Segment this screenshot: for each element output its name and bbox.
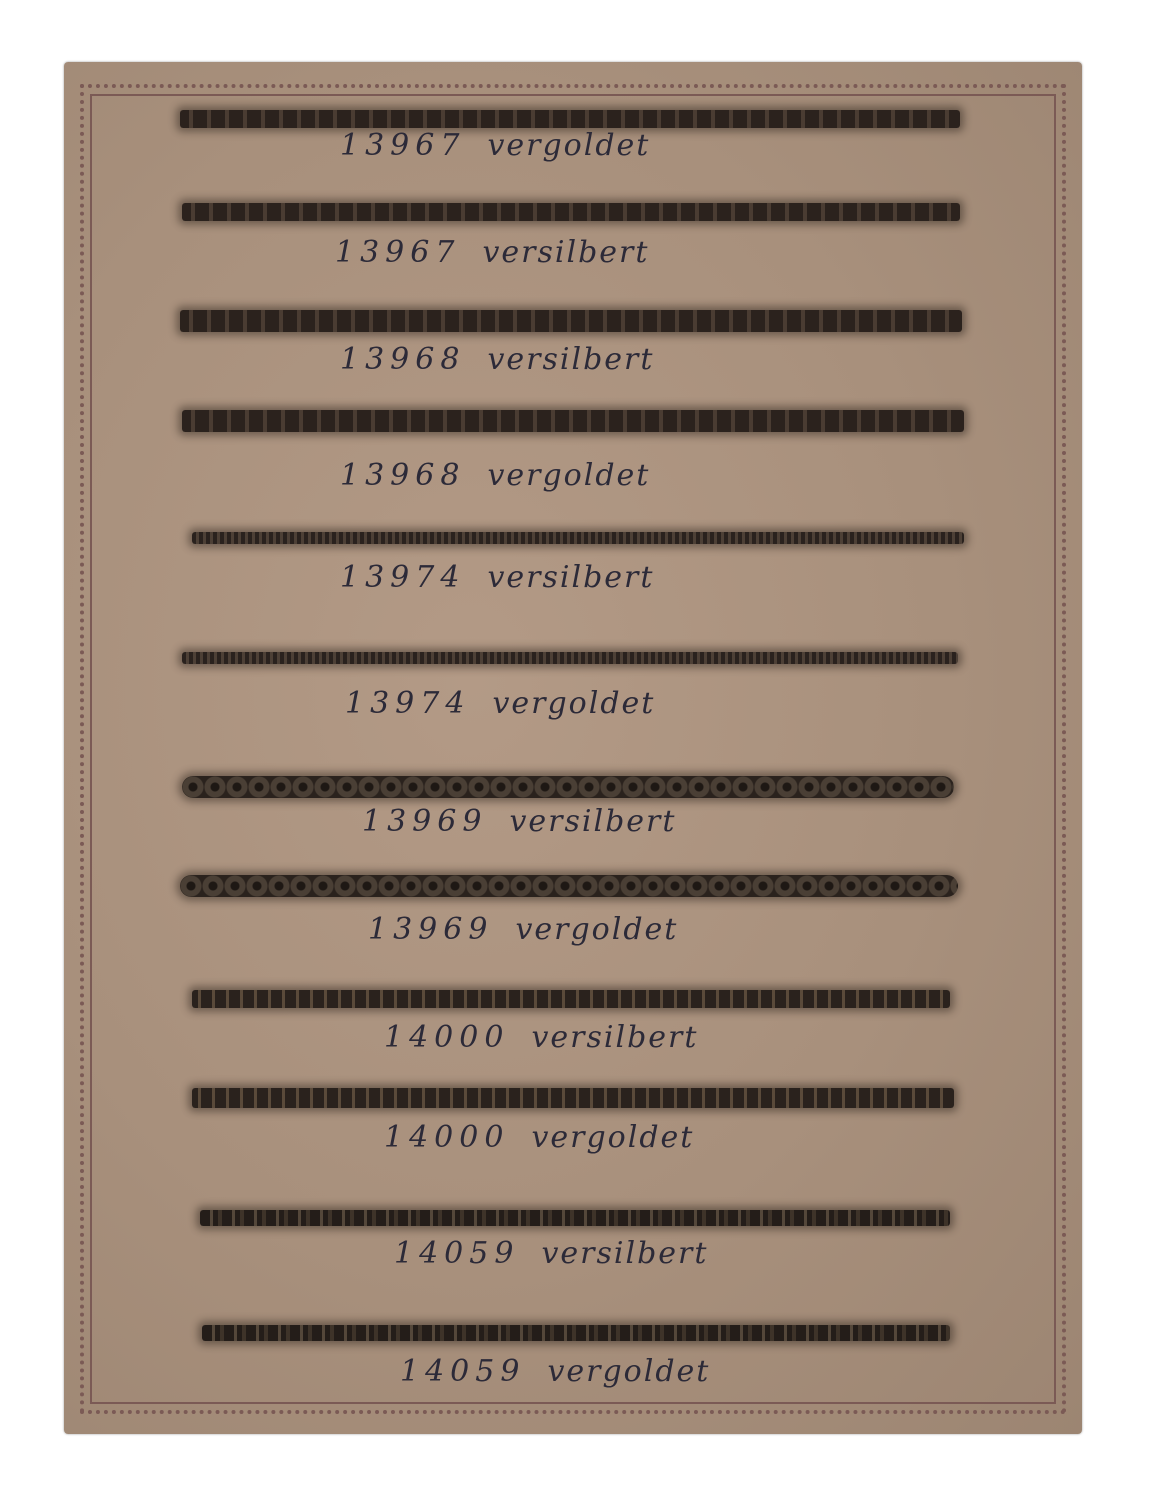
- chain-sample: [192, 1088, 954, 1108]
- chain-sample: [182, 203, 960, 221]
- sample-label: 13968versilbert: [340, 342, 654, 377]
- chain-sample: [200, 1210, 950, 1226]
- chain-sample: [202, 1325, 950, 1341]
- sample-label: 13969vergoldet: [368, 912, 678, 947]
- chain-sample: [192, 532, 964, 544]
- chain-sample: [192, 990, 950, 1008]
- sample-finish: vergoldet: [515, 912, 678, 947]
- sample-number: 14059: [400, 1354, 525, 1389]
- chain-sample: [182, 776, 954, 798]
- sample-finish: versilbert: [541, 1236, 708, 1271]
- sample-number: 14059: [394, 1236, 519, 1271]
- sample-finish: versilbert: [531, 1020, 698, 1055]
- sample-finish: vergoldet: [487, 458, 650, 493]
- sample-label: 13967vergoldet: [340, 128, 650, 163]
- sample-finish: versilbert: [509, 804, 676, 839]
- sample-number: 13969: [368, 912, 493, 947]
- sample-number: 13974: [340, 560, 465, 595]
- chain-sample: [182, 410, 964, 432]
- sample-label: 13969versilbert: [362, 804, 676, 839]
- chain-sample: [180, 875, 958, 897]
- sample-number: 13967: [340, 128, 465, 163]
- sample-label: 14000vergoldet: [384, 1120, 694, 1155]
- sample-number: 13967: [335, 235, 460, 270]
- sample-finish: versilbert: [482, 235, 649, 270]
- sample-finish: vergoldet: [487, 128, 650, 163]
- sample-finish: vergoldet: [531, 1120, 694, 1155]
- inner-border-line: [90, 94, 1056, 1404]
- sample-label: 13968vergoldet: [340, 458, 650, 493]
- sample-finish: versilbert: [487, 560, 654, 595]
- chain-sample: [180, 110, 960, 128]
- sample-number: 14000: [384, 1020, 509, 1055]
- sample-number: 13968: [340, 458, 465, 493]
- sample-finish: versilbert: [487, 342, 654, 377]
- sample-finish: vergoldet: [492, 686, 655, 721]
- sample-number: 13974: [345, 686, 470, 721]
- chain-sample: [180, 310, 962, 332]
- sample-label: 13974vergoldet: [345, 686, 655, 721]
- sample-label: 14000versilbert: [384, 1020, 698, 1055]
- sample-number: 13969: [362, 804, 487, 839]
- sample-label: 13974versilbert: [340, 560, 654, 595]
- sample-label: 13967versilbert: [335, 235, 649, 270]
- sample-label: 14059versilbert: [394, 1236, 708, 1271]
- chain-sample: [182, 652, 958, 664]
- sample-label: 14059vergoldet: [400, 1354, 710, 1389]
- sample-number: 13968: [340, 342, 465, 377]
- sample-number: 14000: [384, 1120, 509, 1155]
- sample-finish: vergoldet: [547, 1354, 710, 1389]
